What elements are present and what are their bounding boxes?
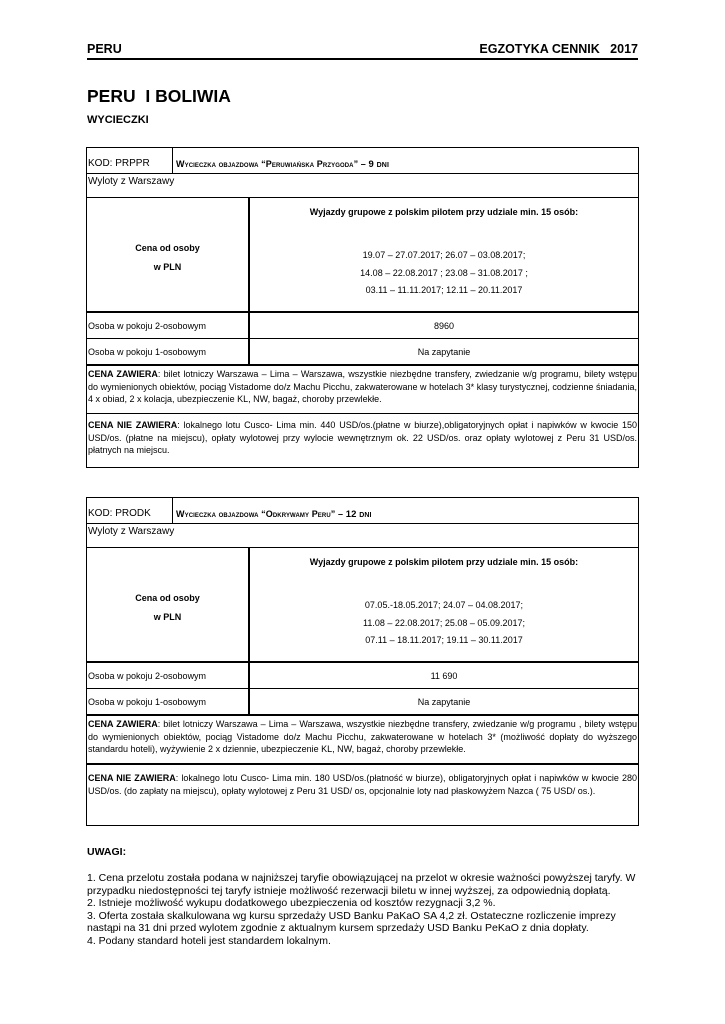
offer-departure: Wyloty z Warszawy <box>87 173 638 197</box>
offer-code: KOD: PRODK <box>87 498 173 523</box>
offer-code-row: KOD: PRPPR Wycieczka objazdowa “Peruwiań… <box>87 148 638 173</box>
room-row-double: Osoba w pokoju 2-osobowym 11 690 <box>87 661 638 688</box>
price-includes: CENA ZAWIERA: bilet lotniczy Warszawa – … <box>87 714 638 763</box>
room-label: Osoba w pokoju 1-osobowym <box>87 689 250 714</box>
offer-table-prppr: KOD: PRPPR Wycieczka objazdowa “Peruwiań… <box>86 147 639 468</box>
includes-text: : bilet lotniczy Warszawa – Lima – Warsz… <box>88 369 637 404</box>
page-header: PERU EGZOTYKA CENNIK 2017 <box>87 42 638 60</box>
note-item: 3. Oferta została skalkulowana wg kursu … <box>87 910 647 935</box>
offer-code-row: KOD: PRODK Wycieczka objazdowa “Odkrywam… <box>87 498 638 523</box>
price-includes: CENA ZAWIERA: bilet lotniczy Warszawa – … <box>87 364 638 413</box>
room-price: 8960 <box>250 313 638 338</box>
notes-section: UWAGI: 1. Cena przelotu została podana w… <box>87 846 647 947</box>
date-line: 14.08 – 22.08.2017 ; 23.08 – 31.08.2017 … <box>250 265 638 283</box>
price-label: Cena od osoby w PLN <box>87 548 250 661</box>
offer-name: Wycieczka objazdowa “Odkrywamy Peru” – 1… <box>173 498 372 523</box>
offer-duration: 12 dni <box>346 509 372 520</box>
date-line: 11.08 – 22.08.2017; 25.08 – 05.09.2017; <box>250 615 638 633</box>
header-country: PERU <box>87 42 122 56</box>
note-item: 1. Cena przelotu została podana w najniż… <box>87 872 647 897</box>
note-item: 4. Podany standard hoteli jest standarde… <box>87 935 647 948</box>
offer-departure: Wyloty z Warszawy <box>87 523 638 547</box>
price-label-line1: Cena od osoby <box>87 548 248 603</box>
room-price: Na zapytanie <box>250 339 638 364</box>
note-item: 2. Istnieje możliwość wykupu dodatkowego… <box>87 897 647 910</box>
excludes-label: CENA NIE ZAWIERA <box>88 773 176 783</box>
price-label-line1: Cena od osoby <box>87 198 248 253</box>
includes-label: CENA ZAWIERA <box>88 369 158 379</box>
room-label: Osoba w pokoju 1-osobowym <box>87 339 250 364</box>
departure-dates: Wyjazdy grupowe z polskim pilotem przy u… <box>250 198 638 311</box>
section-subtitle: WYCIECZKI <box>87 114 149 126</box>
price-label-line2: w PLN <box>87 253 248 272</box>
excludes-label: CENA NIE ZAWIERA <box>88 420 177 430</box>
notes-title: UWAGI: <box>87 846 647 858</box>
room-label: Osoba w pokoju 2-osobowym <box>87 663 250 688</box>
date-line: 19.07 – 27.07.2017; 26.07 – 03.08.2017; <box>250 247 638 265</box>
date-line: 03.11 – 11.11.2017; 12.11 – 20.11.2017 <box>250 282 638 300</box>
offer-duration: 9 dni <box>369 159 389 170</box>
room-label: Osoba w pokoju 2-osobowym <box>87 313 250 338</box>
date-line: 07.11 – 18.11.2017; 19.11 – 30.11.2017 <box>250 632 638 650</box>
offer-price-row: Cena od osoby w PLN Wyjazdy grupowe z po… <box>87 547 638 661</box>
offer-table-prodk: KOD: PRODK Wycieczka objazdowa “Odkrywam… <box>86 497 639 826</box>
offer-name-text: Wycieczka objazdowa “Peruwiańska Przygod… <box>176 159 369 169</box>
price-excludes: CENA NIE ZAWIERA: lokalnego lotu Cusco- … <box>87 763 638 825</box>
offer-name-text: Wycieczka objazdowa “Odkrywamy Peru” – <box>176 509 346 519</box>
price-excludes: CENA NIE ZAWIERA: lokalnego lotu Cusco- … <box>87 413 638 467</box>
price-label: Cena od osoby w PLN <box>87 198 250 311</box>
room-price: Na zapytanie <box>250 689 638 714</box>
group-info: Wyjazdy grupowe z polskim pilotem przy u… <box>250 548 638 567</box>
offer-code: KOD: PRPPR <box>87 148 173 173</box>
room-row-single: Osoba w pokoju 1-osobowym Na zapytanie <box>87 338 638 364</box>
includes-label: CENA ZAWIERA <box>88 719 158 729</box>
date-line: 07.05.-18.05.2017; 24.07 – 04.08.2017; <box>250 597 638 615</box>
header-catalog-title: EGZOTYKA CENNIK 2017 <box>479 42 638 56</box>
includes-text: : bilet lotniczy Warszawa – Lima – Warsz… <box>88 719 637 754</box>
dates-list: 07.05.-18.05.2017; 24.07 – 04.08.2017; 1… <box>250 567 638 650</box>
price-label-line2: w PLN <box>87 603 248 622</box>
offer-price-row: Cena od osoby w PLN Wyjazdy grupowe z po… <box>87 197 638 311</box>
dates-list: 19.07 – 27.07.2017; 26.07 – 03.08.2017; … <box>250 217 638 300</box>
room-price: 11 690 <box>250 663 638 688</box>
room-row-double: Osoba w pokoju 2-osobowym 8960 <box>87 311 638 338</box>
departure-dates: Wyjazdy grupowe z polskim pilotem przy u… <box>250 548 638 661</box>
room-row-single: Osoba w pokoju 1-osobowym Na zapytanie <box>87 688 638 714</box>
page-title: PERU I BOLIWIA <box>87 86 231 107</box>
group-info: Wyjazdy grupowe z polskim pilotem przy u… <box>250 198 638 217</box>
offer-name: Wycieczka objazdowa “Peruwiańska Przygod… <box>173 148 389 173</box>
